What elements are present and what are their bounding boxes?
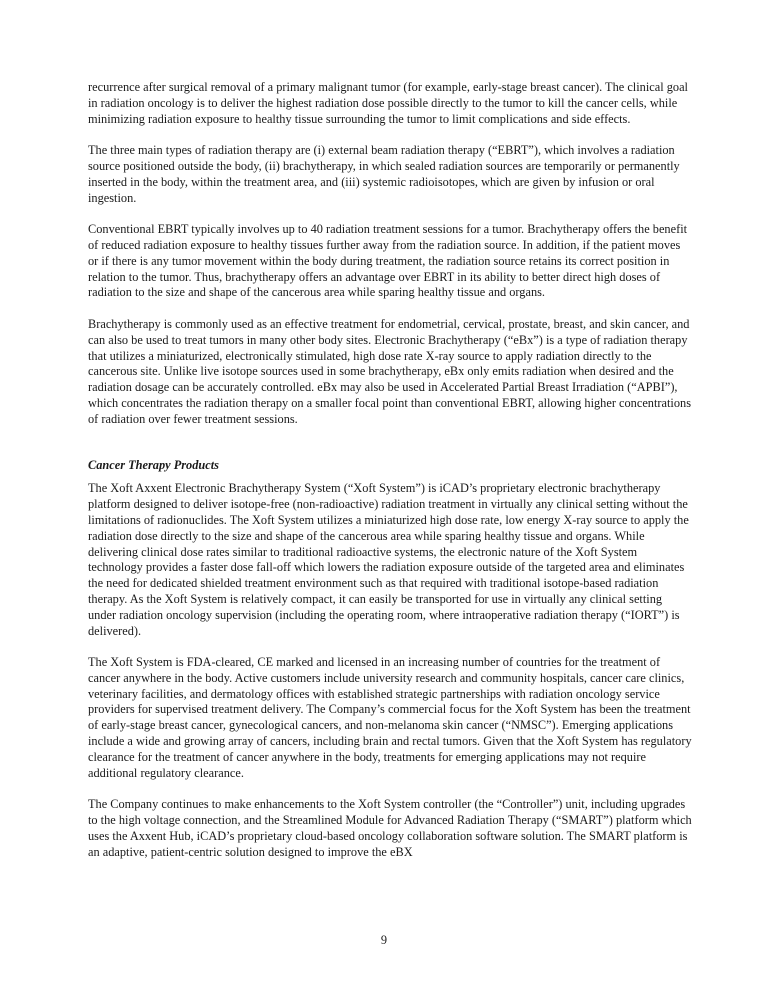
document-page: recurrence after surgical removal of a p… bbox=[88, 80, 692, 876]
section-heading-cancer-therapy-products: Cancer Therapy Products bbox=[88, 458, 692, 474]
paragraph-xoft-system-overview: The Xoft Axxent Electronic Brachytherapy… bbox=[88, 481, 692, 639]
paragraph-xoft-regulatory-customers: The Xoft System is FDA-cleared, CE marke… bbox=[88, 655, 692, 781]
paragraph-brachytherapy-uses: Brachytherapy is commonly used as an eff… bbox=[88, 317, 692, 428]
paragraph-controller-smart-platform: The Company continues to make enhancemen… bbox=[88, 797, 692, 860]
paragraph-conventional-ebrt: Conventional EBRT typically involves up … bbox=[88, 222, 692, 301]
page-number: 9 bbox=[0, 933, 768, 948]
paragraph-radiation-oncology-goal: recurrence after surgical removal of a p… bbox=[88, 80, 692, 127]
paragraph-radiation-therapy-types: The three main types of radiation therap… bbox=[88, 143, 692, 206]
